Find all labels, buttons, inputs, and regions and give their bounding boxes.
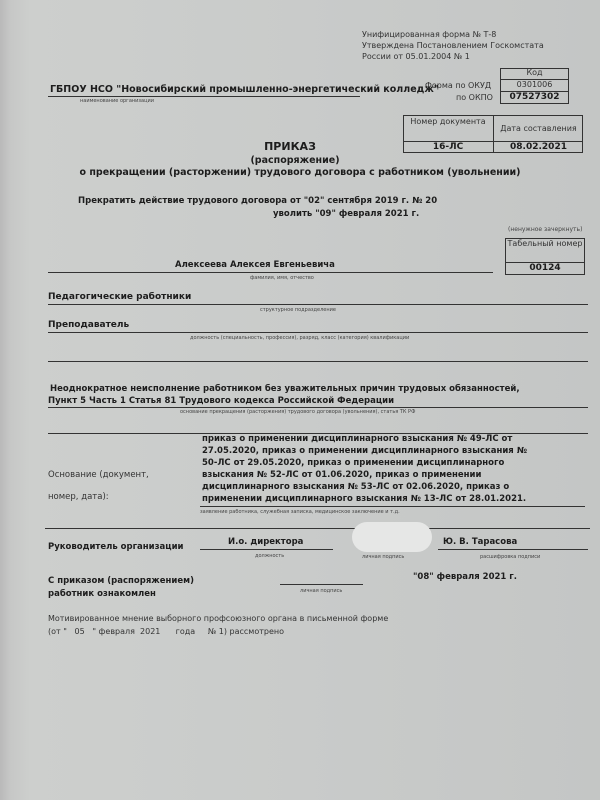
basis-line-4: взыскания № 52-ЛС от 01.06.2020, приказ … xyxy=(202,470,481,480)
code-header: Код xyxy=(500,68,569,79)
organization-caption: наименование организации xyxy=(80,98,154,104)
ack-date: "08" февраля 2021 г. xyxy=(413,572,517,582)
basis-caption: заявление работника, служебная записка, … xyxy=(200,509,400,515)
basis-line-1: приказ о применении дисциплинарного взыс… xyxy=(202,434,512,444)
basis-line-6: применении дисциплинарного взыскания № 1… xyxy=(202,494,526,504)
tab-number-header: Табельный номер xyxy=(505,239,585,249)
basis-line-2: 27.05.2020, приказ о применении дисципли… xyxy=(202,446,527,456)
order-title: ПРИКАЗ xyxy=(0,140,590,153)
doc-number-header: Номер документа xyxy=(403,117,493,127)
union-line-1: Мотивированное мнение выборного профсоюз… xyxy=(48,614,388,623)
terminate-line-1: Прекратить действие трудового договора о… xyxy=(78,196,437,206)
tab-number-value: 00124 xyxy=(505,263,585,273)
position: Преподаватель xyxy=(48,320,129,330)
signature-caption: личная подпись xyxy=(362,554,404,560)
okpo-label: по ОКПО xyxy=(456,93,493,102)
ack-label-1: С приказом (распоряжением) xyxy=(48,576,194,586)
head-name: Ю. В. Тарасова xyxy=(443,537,517,547)
form-line-3: России от 05.01.2004 № 1 xyxy=(362,52,470,61)
reason-line-2: Пункт 5 Часть 1 Статья 81 Трудового коде… xyxy=(48,396,394,406)
position-caption: должность (специальность, профессия), ра… xyxy=(190,335,409,341)
document-page: Унифицированная форма № Т-8 Утверждена П… xyxy=(0,0,600,800)
basis-label-1: Основание (документ, xyxy=(48,470,149,480)
reason-caption: основание прекращения (расторжения) труд… xyxy=(180,409,415,415)
position-caption-sign: должность xyxy=(255,553,284,559)
okud-value: 0301006 xyxy=(500,80,569,91)
basis-line-3: 50-ЛС от 29.05.2020, приказ о применении… xyxy=(202,458,504,468)
redacted-signature-blur xyxy=(352,522,432,552)
head-position: И.о. директора xyxy=(228,537,303,547)
reason-line-1: Неоднократное неисполнение работником бе… xyxy=(50,384,520,394)
decoding-caption: расшифровка подписи xyxy=(480,554,540,560)
ack-signature-caption: личная подпись xyxy=(300,588,342,594)
union-line-2: (от " 05 " февраля 2021 года № 1) рассмо… xyxy=(48,627,284,636)
head-label: Руководитель организации xyxy=(48,542,184,552)
basis-label-2: номер, дата): xyxy=(48,492,109,502)
terminate-line-2: уволить "09" февраля 2021 г. xyxy=(273,209,419,219)
form-line-1: Унифицированная форма № Т-8 xyxy=(362,30,496,39)
employee-name: Алексеева Алексея Евгеньевича xyxy=(175,260,335,270)
organization-name: ГБПОУ НСО "Новосибирский промышленно-эне… xyxy=(50,84,439,95)
okpo-value: 07527302 xyxy=(500,92,569,104)
order-subject: о прекращении (расторжении) трудового до… xyxy=(0,167,600,178)
unneeded-note: (ненужное зачеркнуть) xyxy=(508,226,582,233)
ack-label-2: работник ознакомлен xyxy=(48,589,156,599)
department-caption: структурное подразделение xyxy=(260,307,336,313)
form-line-2: Утверждена Постановлением Госкомстата xyxy=(362,41,544,50)
name-caption: фамилия, имя, отчество xyxy=(250,275,314,281)
doc-date-header: Дата составления xyxy=(494,124,583,133)
basis-line-5: дисциплинарного взыскания № 53-ЛС от 02.… xyxy=(202,482,509,492)
department: Педагогические работники xyxy=(48,292,191,302)
order-subtitle: (распоряжение) xyxy=(0,155,595,166)
